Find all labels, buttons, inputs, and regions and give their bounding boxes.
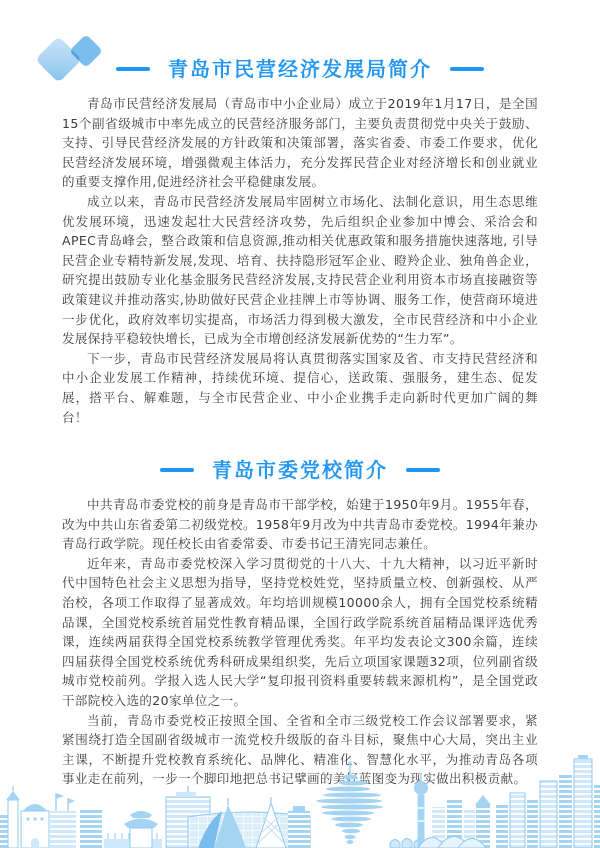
- section-1-title-text: 青岛市民营经济发展局简介: [168, 56, 432, 82]
- section-2-paragraph-1: 中共青岛市委党校的前身是青岛市干部学校，始建于1950年9月。1955年春，改为…: [62, 495, 538, 554]
- section-1-paragraph-1: 青岛市民营经济发展局（青岛市中小企业局）成立于2019年1月17日，是全国15个…: [62, 94, 538, 192]
- diamond-large-icon: [35, 36, 82, 83]
- double-diamond-icon: [36, 34, 106, 94]
- section-2-paragraph-3: 当前，青岛市委党校正按照全国、全省和全市三级党校工作会议部署要求，紧紧围绕打造全…: [62, 711, 538, 789]
- title-dash-left-icon: [116, 67, 150, 71]
- section-1-paragraph-3: 下一步，青岛市民营经济发展局将认真贯彻落实国家及省、市支持民营经济和中小企业发展…: [62, 349, 538, 427]
- section-1-paragraph-2: 成立以来，青岛市民营经济发展局牢固树立市场化、法制化意识，用生态思维优发展环境，…: [62, 192, 538, 349]
- section-2-paragraph-2: 近年来，青岛市委党校深入学习贯彻党的十八大、十九大精神，以习近平新时代中国特色社…: [62, 554, 538, 711]
- section-1-body: 青岛市民营经济发展局（青岛市中小企业局）成立于2019年1月17日，是全国15个…: [62, 94, 538, 427]
- title-dash-left-icon: [160, 468, 194, 472]
- title-dash-right-icon: [406, 468, 440, 472]
- section-2-body: 中共青岛市委党校的前身是青岛市干部学校，始建于1950年9月。1955年春，改为…: [62, 495, 538, 789]
- document-page: { "page": { "width": 600, "height": 848,…: [0, 0, 600, 848]
- section-2-title: 青岛市委党校简介: [0, 457, 600, 483]
- title-dash-right-icon: [450, 67, 484, 71]
- section-2-title-text: 青岛市委党校简介: [212, 457, 388, 483]
